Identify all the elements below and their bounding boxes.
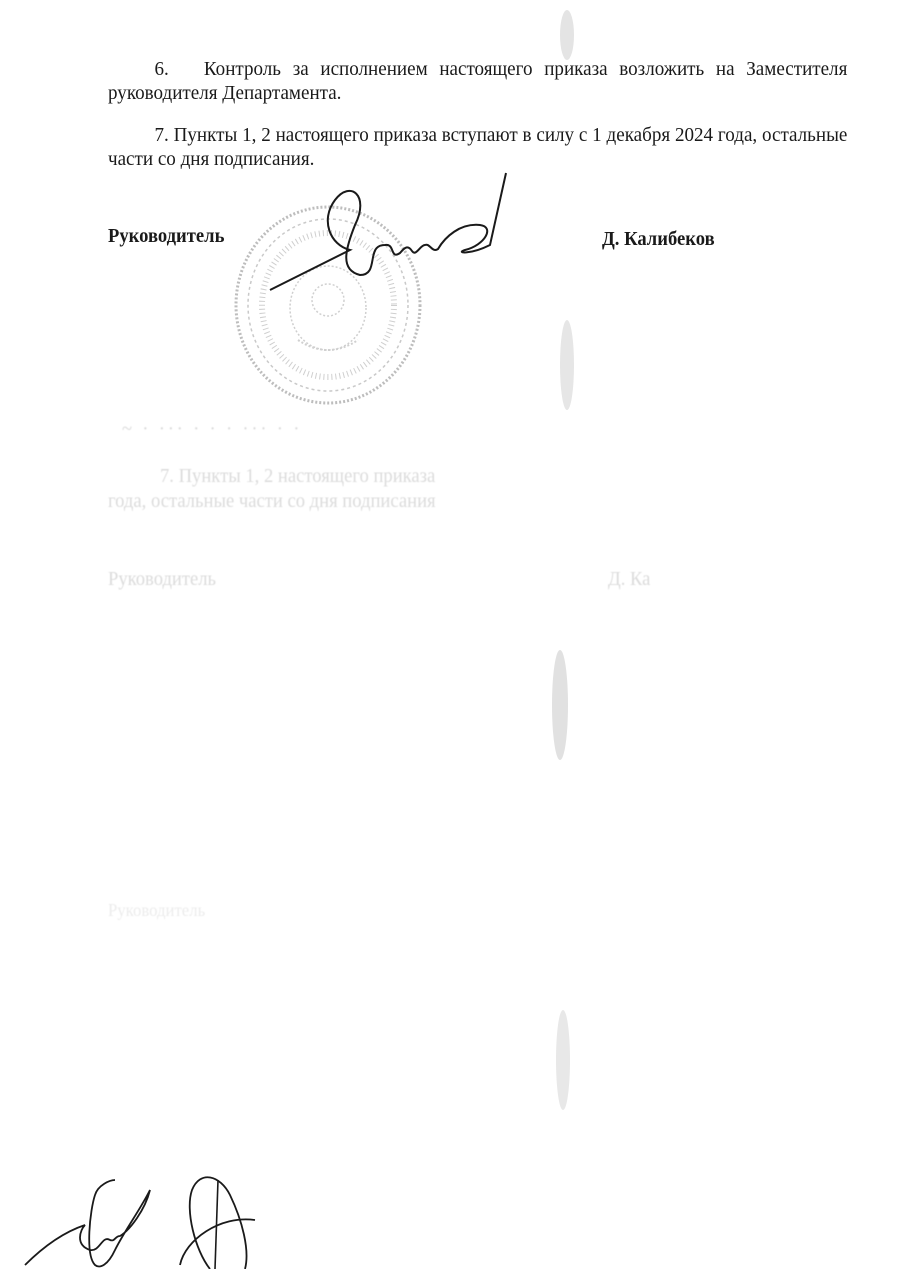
scan-noise	[556, 1010, 570, 1110]
scan-noise	[560, 10, 574, 60]
document-page: 6. Контроль за исполнением настоящего пр…	[0, 0, 898, 1269]
show-through-name-1: Д. Ка	[608, 568, 650, 591]
paragraph-7-text: Пункты 1, 2 настоящего приказа вступают …	[108, 124, 847, 170]
scan-noise	[560, 320, 574, 410]
show-through-title-2: Руководитель	[108, 900, 205, 921]
scan-noise	[552, 650, 568, 760]
main-signature	[260, 165, 520, 305]
signatory-name: Д. Калибеков	[602, 228, 715, 251]
paragraph-6: 6. Контроль за исполнением настоящего пр…	[108, 57, 847, 105]
paragraph-6-text: Контроль за исполнением настоящего прика…	[108, 58, 847, 104]
paragraph-7: 7. Пункты 1, 2 настоящего приказа вступа…	[108, 123, 847, 171]
paragraph-6-number: 6.	[155, 58, 169, 80]
show-through-dots: ~ · ··· · · · ··· · ·	[122, 418, 302, 441]
show-through-line-2: года, остальные части со дня подписания	[108, 490, 436, 513]
paragraph-7-number: 7.	[155, 124, 169, 146]
show-through-line-1: 7. Пункты 1, 2 настоящего приказа	[160, 465, 435, 488]
show-through-title-1: Руководитель	[108, 568, 216, 591]
initials-signatures	[20, 1170, 260, 1269]
signatory-title: Руководитель	[108, 225, 224, 248]
